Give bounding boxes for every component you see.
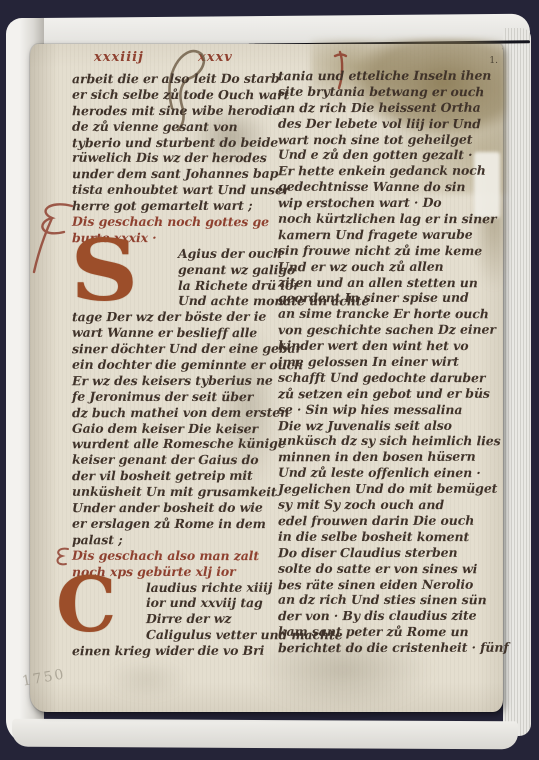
text-line: sy mit Sy zoch ouch and (278, 497, 480, 513)
text-line: dz buch mathei von dem ersten (72, 404, 274, 420)
text-line: tista enhoubtet wart Und unser (72, 182, 274, 198)
text-line: Jegelichen Und do mit bemüget (278, 481, 480, 497)
text-column-left: arbeit die er also leit Do starber sich … (72, 71, 274, 659)
text-line: unküsheit Un mit grusamkeit (72, 484, 274, 500)
text-line: unküsch dz sy sich heimlich lies (278, 433, 480, 449)
text-line: palast ; (72, 532, 274, 548)
text-line: de zů vienne gesant von (72, 118, 274, 134)
text-line: wurdent alle Romesche künige (72, 436, 274, 452)
text-line: berichtet do die cristenheit · fünf (278, 640, 480, 656)
text-line: minnen in den bosen hüsern (278, 449, 480, 465)
text-line: Er hette enkein gedanck noch (278, 163, 480, 179)
text-line: ziten und an allen stetten un (278, 274, 480, 290)
text-line: fe Jeronimus der seit über (72, 389, 274, 405)
text-line: er sich selbe zů tode Ouch wart (72, 87, 274, 103)
text-line: gedechtnisse Wanne do sin (278, 179, 480, 195)
text-line: se · Sin wip hies messalina (278, 401, 480, 417)
text-line: schafft Und gedochte daruber (278, 370, 480, 386)
text-line: arbeit die er also leit Do starb (72, 71, 274, 87)
text-line: Under ander bosheit do wie (72, 500, 274, 516)
text-line: geordent In siner spise und (278, 290, 480, 306)
text-line: noch kürtzlichen lag er in siner (278, 211, 480, 227)
text-line: keiser genant der Gaius do (72, 452, 274, 468)
text-line: einen krieg wider die vo Bri (72, 643, 274, 659)
text-line: Er wz des keisers tyberius ne (72, 373, 274, 389)
text-line: sin frouwe nicht zů ime keme (278, 243, 480, 259)
text-line: laudius richte xiiij (72, 579, 274, 595)
text-line: Agius der ouch (72, 246, 274, 262)
text-line: Die wz Juvenalis seit also (278, 417, 480, 433)
text-line: an dz rich Und sties sinen sün (278, 592, 480, 608)
text-line: ein dochter die geminnte er ouch (72, 357, 274, 373)
text-line: von geschichte sachen Dz einer (278, 322, 480, 338)
text-line: Und achte monate un achte (72, 293, 274, 309)
text-line: bes räte sinen eiden Nerolio (278, 576, 480, 592)
text-line: Und er wz ouch zů allen (278, 258, 480, 274)
text-line: Do diser Claudius sterben (278, 544, 480, 560)
text-line: herodes mit sine wibe herodia (72, 103, 274, 119)
text-line: an dz rich Die heissent Ortha (278, 100, 480, 116)
text-line: in die selbe bosheit koment (278, 529, 480, 545)
text-line: solte do satte er von sines wi (278, 560, 480, 576)
text-line: wart Wanne er beslieff alle (72, 325, 274, 341)
text-line: ior und xxviij tag (72, 595, 274, 611)
text-line: kamern Und fragete warube (278, 227, 480, 243)
book-page-edge-bottom (12, 719, 518, 750)
stain-bottom-left (92, 652, 202, 707)
folio-number: 1. (489, 56, 498, 66)
text-line: des Der lebete vol liij ior Und (278, 115, 480, 131)
text-line: herre got gemartelt wart ; (72, 198, 274, 214)
text-line: kinder wert den wint het vo (278, 338, 480, 354)
text-line: edel frouwen darin Die ouch (278, 513, 480, 529)
text-line: tania und etteliche Inseln ihen (278, 68, 480, 84)
text-line: Dirre der wz (72, 611, 274, 627)
text-line: der vil bosheit getreip mit (72, 468, 274, 484)
text-line: Und zů leste offenlich einen · (278, 465, 480, 481)
text-line: tyberio und sturbent do beide (72, 134, 274, 150)
text-line: genant wz galigo (72, 261, 274, 277)
manuscript-page: xxxiiij xxxv arbeit die er also leit Do … (30, 44, 503, 712)
text-line: wip erstochen wart · Do (278, 195, 480, 211)
text-line: siner döchter Und der eine gebar (72, 341, 274, 357)
text-line: wart noch sine tot geheilget (278, 131, 480, 147)
text-line: rüwelich Dis wz der herodes (72, 150, 274, 166)
text-line: Caligulus vetter und machte (72, 627, 274, 643)
text-line: der von · By dis claudius zite (278, 608, 480, 624)
text-line: la Richete drü ior (72, 277, 274, 293)
text-line: ime gelossen In einer wirt (278, 354, 480, 370)
text-line: kam sant peter zů Rome un (278, 624, 480, 640)
text-line: site brytania betwang er ouch (278, 84, 480, 100)
book-fore-edge (503, 28, 531, 736)
text-line: an sime trancke Er horte ouch (278, 306, 480, 322)
chapter-number-left: xxxiiij (94, 50, 144, 65)
text-line: tage Der wz der böste der ie (72, 309, 274, 325)
text-line: zů setzen ein gebot und er büs (278, 386, 480, 402)
text-column-right: tania und etteliche Inseln ihensite bryt… (278, 68, 480, 656)
text-line: er erslagen zů Rome in dem (72, 516, 274, 532)
text-line: Gaio dem keiser Die keiser (72, 420, 274, 436)
text-line: under dem sant Johannes bap (72, 166, 274, 182)
text-line: Und e zů den gotten gezalt · (278, 147, 480, 163)
